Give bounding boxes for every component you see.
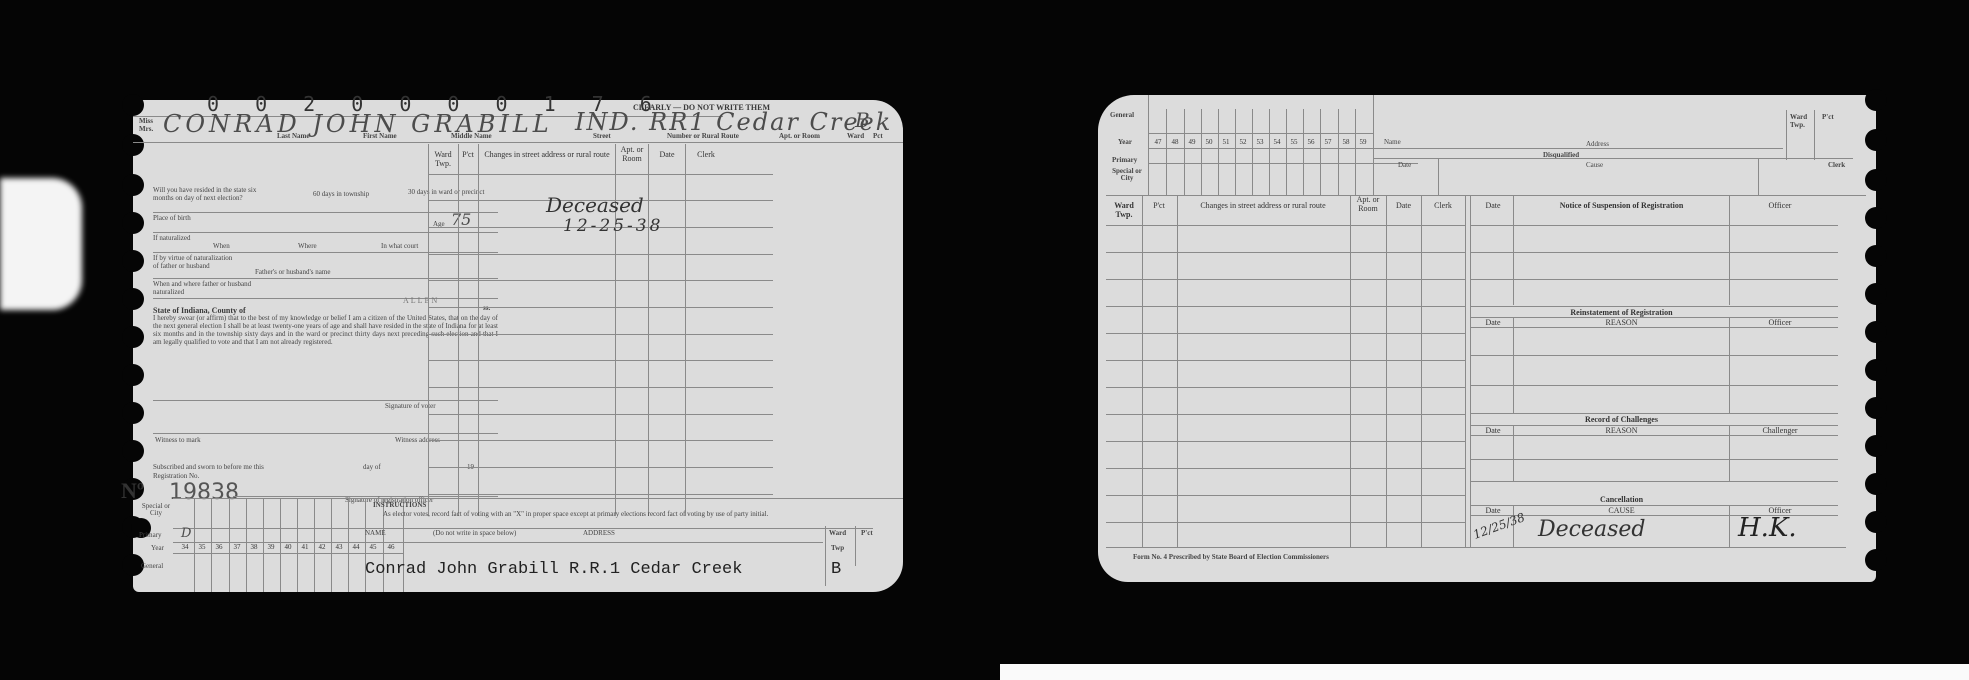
cancellation-title: Cancellation (1514, 495, 1729, 504)
ss-label: ss. (483, 304, 490, 312)
place-of-birth-label: Place of birth (153, 214, 193, 222)
scan-border (1000, 664, 1969, 680)
label-ward-twp: Ward Twp. (1790, 113, 1812, 129)
year-53: 53 (1252, 138, 1268, 146)
year-51: 51 (1218, 138, 1234, 146)
naturalized-label: If naturalized (153, 234, 197, 242)
year-49: 49 (1184, 138, 1200, 146)
cancellation-date-header: Date (1473, 506, 1513, 515)
change-entry-date: 12-25-38 (563, 216, 663, 236)
footer-ward-label: Ward (829, 529, 846, 537)
col-changes: Changes in street address or rural route (479, 150, 615, 159)
footer-name-label: NAME (365, 529, 386, 537)
witness-mark-label: Witness to mark (155, 436, 201, 444)
residence-question: Will you have resided in the state six m… (153, 186, 273, 202)
title-mrs: Mrs. (139, 125, 153, 133)
ward-residence-label: 30 days in ward or precinct (408, 188, 498, 196)
instructions-text: As elector votes, record fact of voting … (383, 510, 848, 518)
voter-name-handwritten: CONRAD JOHN GRABILL (163, 110, 553, 138)
year-46: 46 (383, 543, 399, 551)
year-43: 43 (331, 543, 347, 551)
year-44: 44 (348, 543, 364, 551)
suspension-title: Notice of Suspension of Registration (1514, 201, 1729, 210)
row-general: General (141, 562, 163, 570)
year-52: 52 (1235, 138, 1251, 146)
col-ward-twp: Ward Twp. (429, 150, 457, 168)
year-38: 38 (246, 543, 262, 551)
year-45: 45 (365, 543, 381, 551)
label-date: Date (1398, 161, 1411, 169)
footer-address-label: ADDRESS (583, 529, 615, 537)
typed-voter-line: Conrad John Grabill R.R.1 Cedar Creek (365, 560, 742, 579)
father-naturalized-label: When and where father or husband natural… (153, 280, 253, 296)
year-50: 50 (1201, 138, 1217, 146)
col-ward-twp: Ward Twp. (1108, 201, 1140, 219)
row-special-city: Special or City (141, 503, 171, 517)
year-54: 54 (1269, 138, 1285, 146)
virtue-label: If by virtue of naturalization of father… (153, 254, 233, 270)
where-label: Where (298, 242, 317, 250)
challenges-title: Record of Challenges (1514, 415, 1729, 424)
year-55: 55 (1286, 138, 1302, 146)
day-of-label: day of (363, 463, 381, 471)
typed-ward: B (831, 560, 841, 579)
year-56: 56 (1303, 138, 1319, 146)
col-apt: Apt. or Room (616, 145, 648, 163)
row-primary: Primary (139, 531, 162, 539)
father-name-label: Father's or husband's name (255, 268, 330, 276)
township-label: 60 days in township (313, 190, 393, 198)
challenges-challenger-header: Challenger (1730, 426, 1830, 435)
row-primary: Primary (1112, 156, 1137, 164)
col-clerk: Clerk (686, 150, 726, 159)
col-date: Date (649, 150, 685, 159)
col-changes: Changes in street address or rural route (1178, 201, 1348, 210)
primary-mark: D (181, 526, 191, 541)
reinstatement-date-header: Date (1473, 318, 1513, 327)
row-special-city: Special or City (1112, 168, 1142, 182)
county-value: ALLEN (403, 296, 439, 305)
year-48: 48 (1167, 138, 1183, 146)
card-edge-scallops (1865, 95, 1887, 582)
year-58: 58 (1338, 138, 1354, 146)
label-ward: Ward (847, 132, 864, 140)
reinstatement-title: Reinstatement of Registration (1514, 308, 1729, 317)
label-address: Address (1586, 140, 1609, 148)
year-36: 36 (211, 543, 227, 551)
title-miss: Miss (139, 117, 153, 125)
col-date: Date (1386, 201, 1421, 210)
row-general: General (1110, 111, 1134, 119)
light-glare (0, 178, 82, 310)
col-clerk: Clerk (1421, 201, 1465, 210)
row-year: Year (151, 544, 164, 552)
cancellation-cause-header: CAUSE (1514, 506, 1729, 515)
reinstatement-reason-header: REASON (1514, 318, 1729, 327)
year-39: 39 (263, 543, 279, 551)
cancellation-officer-value: H.K. (1738, 513, 1797, 543)
label-street: Street (593, 132, 611, 140)
label-name: Name (1384, 138, 1401, 146)
year-57: 57 (1320, 138, 1336, 146)
col-pct: P'ct (459, 150, 477, 159)
oath-text: I hereby swear (or affirm) that to the b… (153, 314, 498, 346)
label-pct: P'ct (1822, 113, 1834, 121)
label-clerk: Clerk (1828, 161, 1845, 169)
subscribed-label: Subscribed and sworn to before me this (153, 463, 264, 471)
when-label: When (213, 242, 230, 250)
number-symbol: Nº (121, 478, 144, 504)
year-59: 59 (1355, 138, 1371, 146)
court-label: In what court (381, 242, 418, 250)
year-41: 41 (297, 543, 313, 551)
label-cause: Cause (1586, 161, 1603, 169)
footer-twp-label: Twp (831, 544, 844, 552)
ward-handwritten: B (855, 108, 870, 132)
form-footer: Form No. 4 Prescribed by State Board of … (1133, 553, 1329, 561)
label-middle-name: Middle Name (451, 132, 492, 140)
cancellation-cause-value: Deceased (1538, 517, 1646, 542)
registration-card-front: 0 0 2 0 0 0 0 1 7 6 CLEARLY — DO NOT WRI… (133, 100, 903, 592)
year-35: 35 (194, 543, 210, 551)
row-year: Year (1118, 138, 1132, 146)
year-40: 40 (280, 543, 296, 551)
label-first-name: First Name (363, 132, 397, 140)
challenges-reason-header: REASON (1514, 426, 1729, 435)
label-number: Number or Rural Route (667, 132, 739, 140)
registration-no-label: Registration No. (153, 472, 199, 480)
label-last-name: Last Name (277, 132, 309, 140)
label-pct: Pct (873, 132, 883, 140)
change-entry-deceased: Deceased (546, 193, 644, 217)
reinstatement-officer-header: Officer (1730, 318, 1830, 327)
year-42: 42 (314, 543, 330, 551)
col-apt: Apt. or Room (1350, 195, 1386, 213)
registration-card-back: General Year Primary Special or City 47 … (1098, 95, 1876, 582)
challenges-date-header: Date (1473, 426, 1513, 435)
footer-note: (Do not write in space below) (433, 529, 516, 537)
suspension-officer-header: Officer (1730, 201, 1830, 210)
footer-pct-label: P'ct (861, 529, 873, 537)
label-apt: Apt. or Room (779, 132, 820, 140)
year-34: 34 (177, 543, 193, 551)
col-pct: P'ct (1143, 201, 1175, 210)
year-47: 47 (1150, 138, 1166, 146)
year-37: 37 (229, 543, 245, 551)
suspension-date-header: Date (1473, 201, 1513, 210)
instructions-title: INSTRUCTIONS (373, 501, 426, 509)
